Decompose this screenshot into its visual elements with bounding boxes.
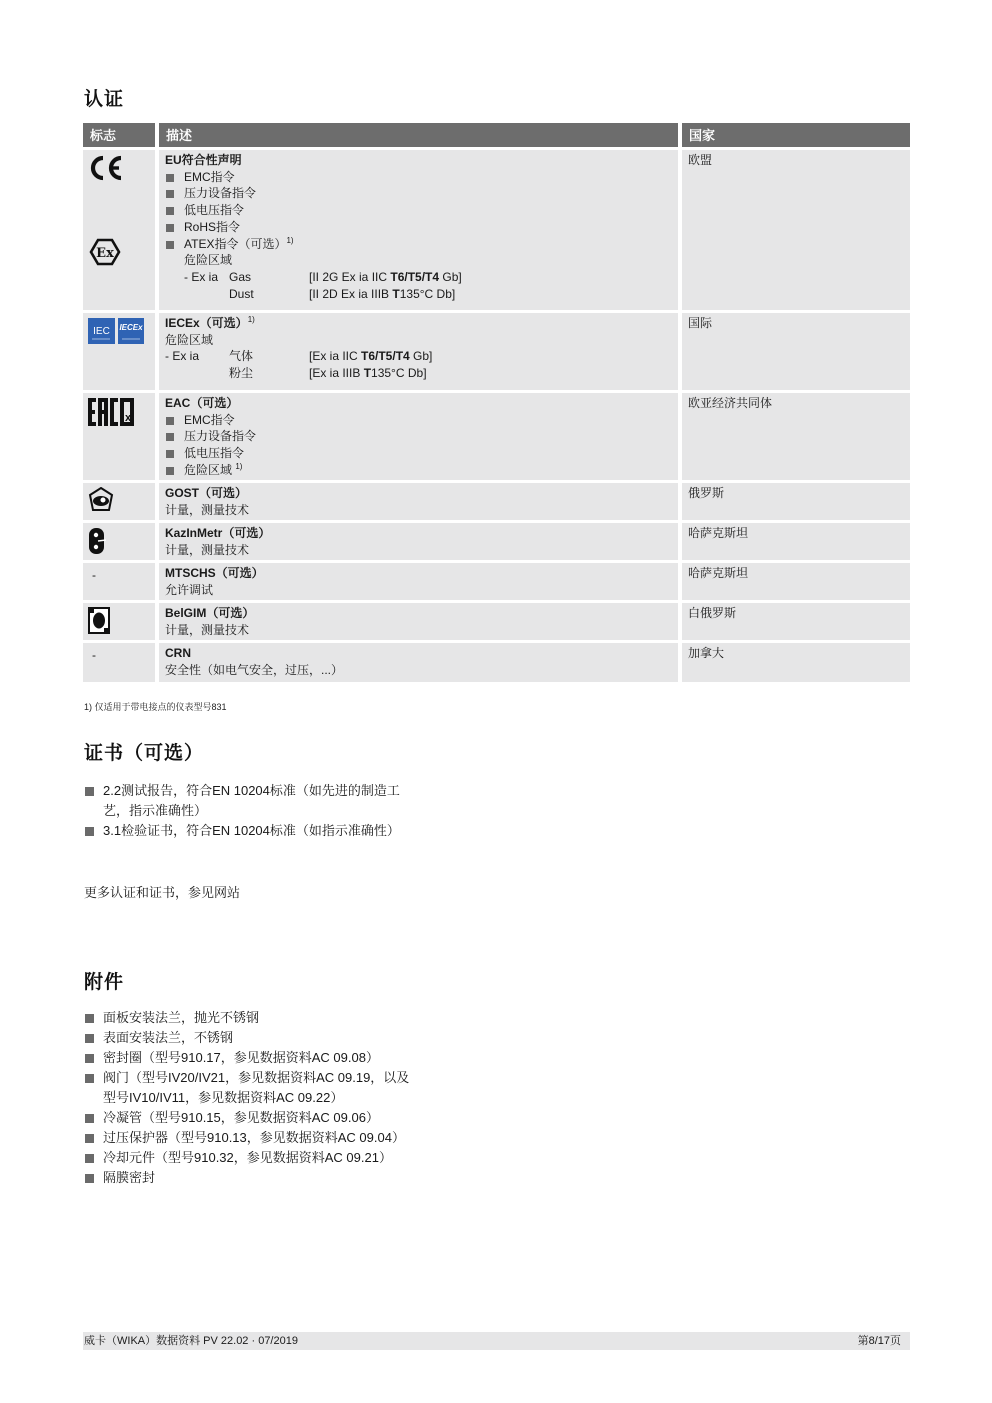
list-item: 过压保护器（型号910.13，参见数据资料AC 09.04） — [84, 1128, 409, 1148]
ex-prefix: - Ex ia — [184, 269, 229, 286]
ex-atex-icon: Ex — [89, 238, 121, 266]
ex-code-pre: [II 2D Ex ia IIIB — [309, 287, 392, 301]
page-footer: 威卡（WIKA）数据资料 PV 22.02 · 07/2019 第8/17页 — [83, 1332, 910, 1350]
bullet-item: EMC指令 — [165, 412, 678, 429]
list-item-line: 3.1检验证书，符合EN 10204标准（如指示准确性） — [103, 821, 400, 841]
cert-title: EAC（可选） — [165, 395, 678, 412]
bullet-item: EMC指令 — [165, 169, 678, 186]
bullet-item: 低电压指令 — [165, 445, 678, 462]
table-row: - MTSCHS（可选） 允许调试 哈萨克斯坦 — [83, 563, 910, 600]
country-cell: 加拿大 — [682, 643, 910, 682]
ex-line: - Ex ia Gas [II 2G Ex ia IIC T6/T5/T4 Gb… — [165, 269, 678, 286]
ce-mark-icon — [88, 155, 124, 181]
ex-code: [II 2G Ex ia IIC T6/T5/T4 Gb] — [309, 269, 462, 286]
ex-code: [Ex ia IIIB T135°C Db] — [309, 365, 427, 382]
belgim-icon — [88, 607, 110, 634]
ex-code-post: 135°C Db] — [400, 287, 456, 301]
section-title-certifications: 认证 — [84, 84, 124, 111]
cert-title: BelGIM（可选） — [165, 605, 678, 622]
country-cell: 国际 — [682, 313, 910, 390]
bullet-item: 危险区域 1) — [165, 462, 678, 479]
list-item: 阀门（型号IV20/IV21，参见数据资料AC 09.19，以及 型号IV10/… — [84, 1068, 409, 1108]
bullet-item: RoHS指令 — [165, 219, 678, 236]
description-cell: MTSCHS（可选） 允许调试 — [159, 563, 678, 600]
ex-code-pre: [Ex ia IIIB — [309, 366, 364, 380]
list-item-line: 艺，指示准确性） — [103, 801, 400, 821]
list-item-line: 面板安装法兰，抛光不锈钢 — [103, 1008, 409, 1028]
list-item: 3.1检验证书，符合EN 10204标准（如指示准确性） — [84, 821, 400, 841]
ex-line: 粉尘 [Ex ia IIIB T135°C Db] — [165, 365, 678, 382]
bullet-text: ATEX指令（可选） — [184, 237, 286, 251]
table-row: x EAC（可选） EMC指令 压力设备指令 低电压指令 危险区域 1) 欧亚经… — [83, 393, 910, 480]
country-cell: 哈萨克斯坦 — [682, 563, 910, 600]
svg-text:Ex: Ex — [96, 246, 114, 261]
footnote: 1) 仅适用于带电接点的仪表型号831 — [84, 700, 227, 713]
svg-text:IECEx: IECEx — [119, 323, 143, 332]
list-item-line: 型号IV10/IV11，参见数据资料AC 09.22） — [103, 1088, 409, 1108]
cert-desc: 计量，测量技术 — [165, 502, 678, 519]
ex-code-temp: T6/T5/T4 — [361, 349, 410, 363]
cert-desc: 允许调试 — [165, 582, 678, 599]
description-cell: EU符合性声明 EMC指令 压力设备指令 低电压指令 RoHS指令 ATEX指令… — [159, 150, 678, 310]
list-item-line: 密封圈（型号910.17，参见数据资料AC 09.08） — [103, 1048, 409, 1068]
svg-text:x: x — [125, 412, 132, 424]
table-row: KazInMetr（可选） 计量，测量技术 哈萨克斯坦 — [83, 523, 910, 560]
list-item: 面板安装法兰，抛光不锈钢 — [84, 1008, 409, 1028]
accessories-list: 面板安装法兰，抛光不锈钢 表面安装法兰，不锈钢 密封圈（型号910.17，参见数… — [84, 1008, 409, 1188]
cert-desc: 安全性（如电气安全，过压，...） — [165, 662, 678, 679]
cert-title: GOST（可选） — [165, 485, 678, 502]
eac-ex-icon: x — [88, 398, 134, 426]
list-item: 表面安装法兰，不锈钢 — [84, 1028, 409, 1048]
table-row: GOST（可选） 计量，测量技术 俄罗斯 — [83, 483, 910, 520]
ex-line: - Ex ia 气体 [Ex ia IIC T6/T5/T4 Gb] — [165, 348, 678, 365]
list-item: 密封圈（型号910.17，参见数据资料AC 09.08） — [84, 1048, 409, 1068]
footer-document-ref: 威卡（WIKA）数据资料 PV 22.02 · 07/2019 — [84, 1332, 298, 1350]
cert-title: CRN — [165, 645, 678, 662]
bullet-item: 压力设备指令 — [165, 428, 678, 445]
ex-code-temp: T — [392, 287, 399, 301]
logo-cell: Ex — [83, 150, 155, 310]
ex-code-post: 135°C Db] — [371, 366, 427, 380]
logo-cell: IEC IECEx — [83, 313, 155, 390]
footnote-ref: 1) — [248, 315, 255, 324]
logo-cell: x — [83, 393, 155, 480]
description-cell: GOST（可选） 计量，测量技术 — [159, 483, 678, 520]
section-title-certificates: 证书（可选） — [84, 738, 204, 765]
table-row: - CRN 安全性（如电气安全，过压，...） 加拿大 — [83, 643, 910, 682]
logo-cell: - — [83, 563, 155, 600]
zone-label: 危险区域 — [165, 252, 678, 269]
country-cell: 白俄罗斯 — [682, 603, 910, 640]
more-certs-note: 更多认证和证书，参见网站 — [84, 882, 240, 901]
header-country: 国家 — [682, 123, 910, 147]
country-cell: 哈萨克斯坦 — [682, 523, 910, 560]
ex-medium: 气体 — [229, 348, 309, 365]
certificates-list: 2.2测试报告，符合EN 10204标准（如先进的制造工 艺，指示准确性） 3.… — [84, 781, 400, 841]
ex-medium: Dust — [229, 286, 309, 303]
bullet-item: 压力设备指令 — [165, 185, 678, 202]
list-item: 冷凝管（型号910.15，参见数据资料AC 09.06） — [84, 1108, 409, 1128]
cert-title: EU符合性声明 — [165, 152, 678, 169]
logo-cell — [83, 483, 155, 520]
description-cell: IECEx（可选）1) 危险区域 - Ex ia 气体 [Ex ia IIC T… — [159, 313, 678, 390]
list-item: 冷却元件（型号910.32，参见数据资料AC 09.21） — [84, 1148, 409, 1168]
footnote-ref: 1) — [286, 236, 293, 245]
cert-title-line: IECEx（可选）1) — [165, 315, 678, 332]
ex-code-temp: T — [364, 366, 371, 380]
country-cell: 欧亚经济共同体 — [682, 393, 910, 480]
cert-title: KazInMetr（可选） — [165, 525, 678, 542]
cert-desc: 计量，测量技术 — [165, 542, 678, 559]
ex-code: [II 2D Ex ia IIIB T135°C Db] — [309, 286, 455, 303]
no-logo-dash: - — [88, 568, 96, 582]
description-cell: EAC（可选） EMC指令 压力设备指令 低电压指令 危险区域 1) — [159, 393, 678, 480]
cert-title: IECEx（可选） — [165, 316, 248, 330]
table-row: IEC IECEx IECEx（可选）1) 危险区域 - Ex ia 气体 [E… — [83, 313, 910, 390]
ex-code-post: Gb] — [439, 270, 462, 284]
country-cell: 欧盟 — [682, 150, 910, 310]
description-cell: KazInMetr（可选） 计量，测量技术 — [159, 523, 678, 560]
bullet-item: 低电压指令 — [165, 202, 678, 219]
kazinmetr-icon — [88, 527, 106, 555]
certifications-table: 标志 描述 国家 Ex EU符合性声明 EMC指令 压力设备指令 低电压指令 R… — [83, 123, 910, 682]
ex-medium: Gas — [229, 269, 309, 286]
no-logo-dash: - — [88, 648, 96, 662]
footnote-ref: 1) — [235, 462, 242, 471]
footer-page-number: 第8/17页 — [858, 1332, 901, 1350]
list-item-line: 2.2测试报告，符合EN 10204标准（如先进的制造工 — [103, 781, 400, 801]
list-item-line: 冷却元件（型号910.32，参见数据资料AC 09.21） — [103, 1148, 409, 1168]
ex-line: Dust [II 2D Ex ia IIIB T135°C Db] — [165, 286, 678, 303]
description-cell: CRN 安全性（如电气安全，过压，...） — [159, 643, 678, 682]
list-item-line: 隔膜密封 — [103, 1168, 409, 1188]
ex-prefix — [165, 365, 229, 382]
list-item: 隔膜密封 — [84, 1168, 409, 1188]
list-item-line: 冷凝管（型号910.15，参见数据资料AC 09.06） — [103, 1108, 409, 1128]
table-header: 标志 描述 国家 — [83, 123, 910, 147]
logo-cell — [83, 523, 155, 560]
table-row: BelGIM（可选） 计量，测量技术 白俄罗斯 — [83, 603, 910, 640]
list-item-line: 表面安装法兰，不锈钢 — [103, 1028, 409, 1048]
section-title-accessories: 附件 — [84, 967, 124, 994]
svg-text:IEC: IEC — [93, 326, 110, 337]
iec-iecex-icon: IEC IECEx — [88, 318, 144, 344]
bullet-text: 危险区域 — [184, 463, 232, 477]
gost-icon — [88, 487, 114, 513]
zone-label: 危险区域 — [165, 332, 678, 349]
description-cell: BelGIM（可选） 计量，测量技术 — [159, 603, 678, 640]
header-description: 描述 — [159, 123, 678, 147]
cert-desc: 计量，测量技术 — [165, 622, 678, 639]
ex-code-temp: T6/T5/T4 — [390, 270, 439, 284]
logo-cell — [83, 603, 155, 640]
country-cell: 俄罗斯 — [682, 483, 910, 520]
list-item-line: 过压保护器（型号910.13，参见数据资料AC 09.04） — [103, 1128, 409, 1148]
bullet-item: ATEX指令（可选）1) — [165, 236, 678, 253]
logo-cell: - — [83, 643, 155, 682]
header-logo: 标志 — [83, 123, 155, 147]
ex-code-post: Gb] — [410, 349, 433, 363]
cert-title: MTSCHS（可选） — [165, 565, 678, 582]
table-row: Ex EU符合性声明 EMC指令 压力设备指令 低电压指令 RoHS指令 ATE… — [83, 150, 910, 310]
ex-code-pre: [Ex ia IIC — [309, 349, 361, 363]
ex-code: [Ex ia IIC T6/T5/T4 Gb] — [309, 348, 432, 365]
ex-code-pre: [II 2G Ex ia IIC — [309, 270, 390, 284]
ex-prefix: - Ex ia — [165, 348, 229, 365]
list-item-line: 阀门（型号IV20/IV21，参见数据资料AC 09.19，以及 — [103, 1068, 409, 1088]
ex-prefix — [184, 286, 229, 303]
ex-medium: 粉尘 — [229, 365, 309, 382]
list-item: 2.2测试报告，符合EN 10204标准（如先进的制造工 艺，指示准确性） — [84, 781, 400, 821]
